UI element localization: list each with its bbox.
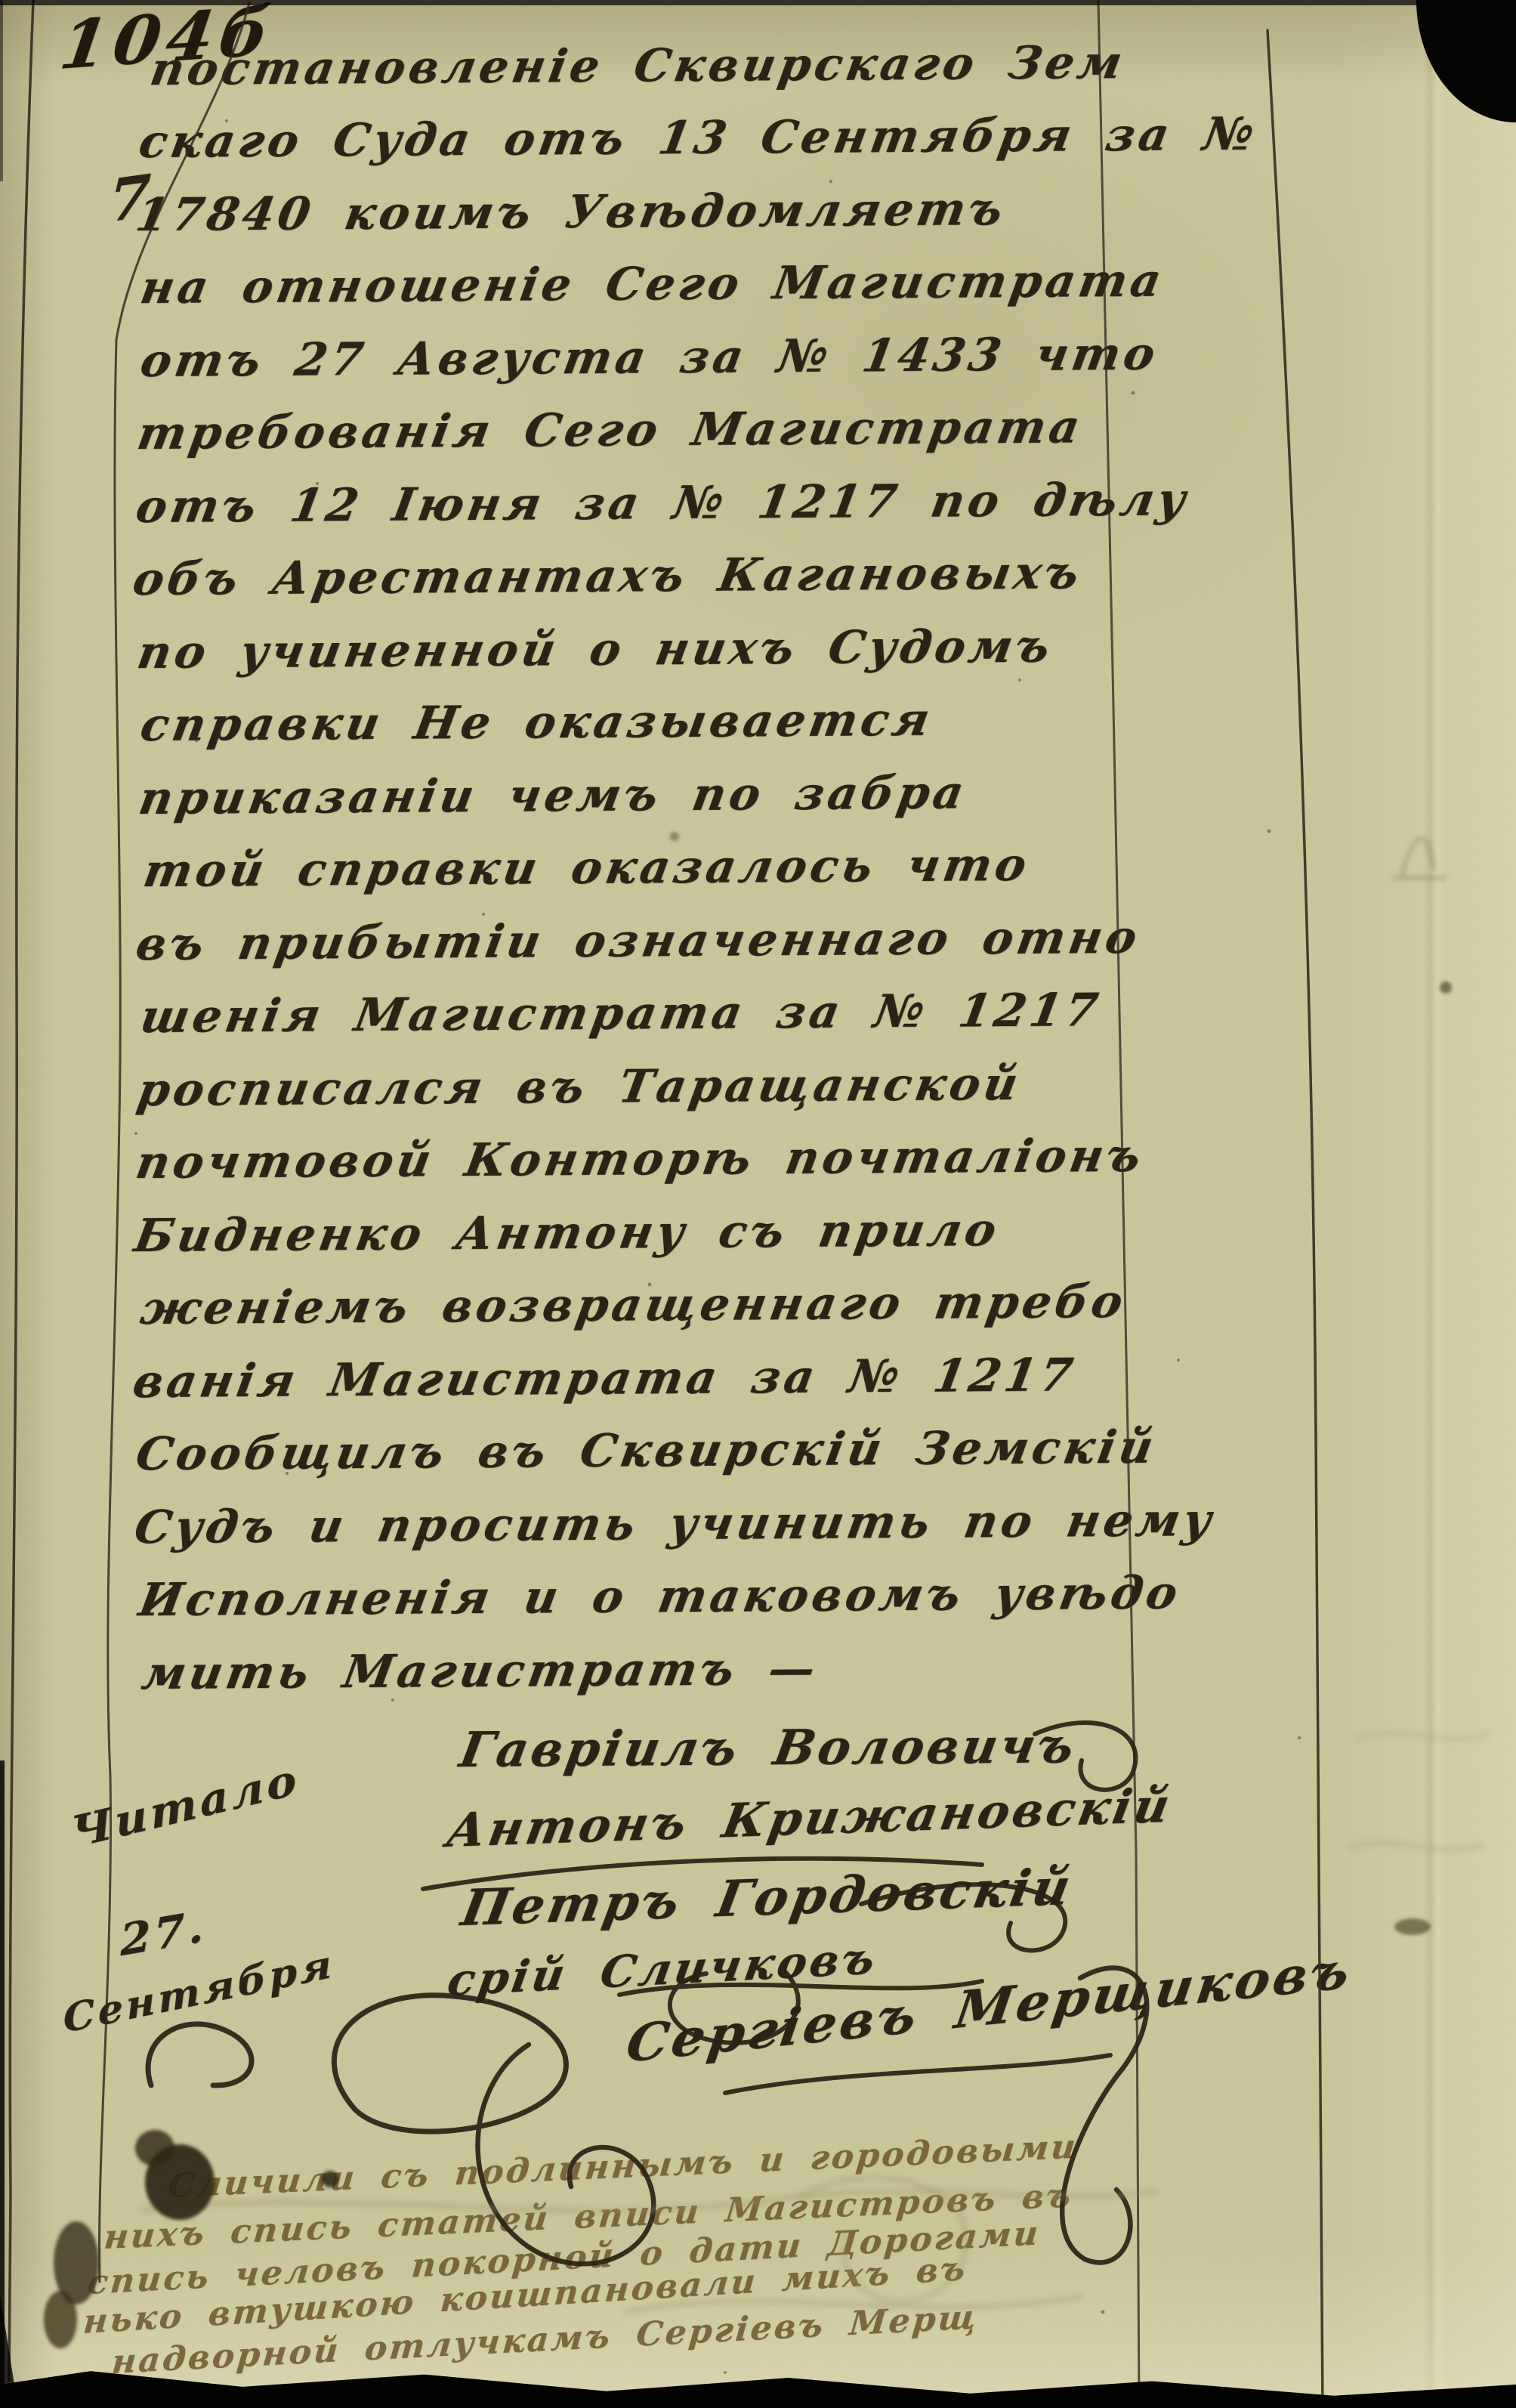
page-rules-and-marks <box>0 0 1516 2408</box>
scanned-page-background: 104б 7 постановленіе Сквирскаго Зем скаг… <box>0 0 1516 2408</box>
scan-edge-top <box>0 0 1516 5</box>
manuscript-page: 104б 7 постановленіе Сквирскаго Зем скаг… <box>0 0 1516 2408</box>
scan-edge-left-top <box>0 0 3 181</box>
paper-grain <box>0 0 1516 2408</box>
